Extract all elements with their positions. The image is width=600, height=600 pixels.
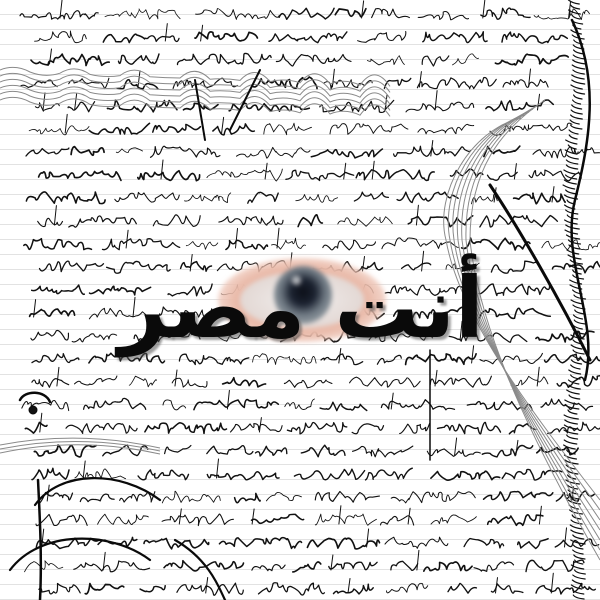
artwork-title: أنت مصر: [96, 258, 506, 358]
